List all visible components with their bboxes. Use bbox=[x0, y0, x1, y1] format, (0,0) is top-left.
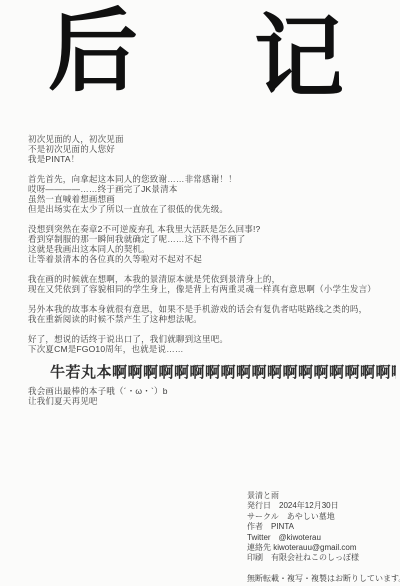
text-line: 不是初次见面的人您好 bbox=[28, 144, 396, 154]
colophon-contact: 連絡先 kiwoterauu@gmail.com bbox=[247, 543, 397, 553]
text-line: 虽然一直喊着想画想画 bbox=[28, 194, 396, 204]
afterword-paragraph-outro: 好了，想说的话终于说出口了，我们就聊到这里吧。 下次夏CM是FGO10周年，也就… bbox=[28, 334, 396, 354]
text-line: 这就是我画出这本同人的契机。 bbox=[28, 244, 396, 254]
text-line: 我在重新阅读的时候不禁产生了这种想法呢。 bbox=[28, 314, 396, 324]
text-line: 但是出场实在太少了所以一直放在了很低的优先级。 bbox=[28, 204, 396, 214]
colophon-circle: サークル あやしい墓地 bbox=[247, 512, 397, 522]
text-line: 让等着景清本的各位真的久等啦对不起对不起 bbox=[28, 254, 396, 264]
page-title-char-hou: 后 bbox=[48, 6, 138, 96]
afterword-paragraph-motivation: 没想到突然在奏章2不可逆废弃孔 本我里大活跃是怎么回事!? 看到穿制服的那一瞬间… bbox=[28, 224, 396, 264]
text-line: 没想到突然在奏章2不可逆废弃孔 本我里大活跃是怎么回事!? bbox=[28, 224, 396, 234]
afterword-paragraph-thanks: 首先首先，向拿起这本同人的您致谢……非常感谢！！ 哎呀————……终于画完了JK… bbox=[28, 174, 396, 214]
afterword-page: 后 记 初次见面的人，初次见面 不是初次见面的人您好 我是PINTA！ 首先首先… bbox=[0, 0, 400, 586]
scream-line: 牛若丸本啊啊啊啊啊啊啊啊啊啊啊啊啊啊啊啊啊啊啊啊啊啊啊 bbox=[50, 364, 396, 382]
text-line: 首先首先，向拿起这本同人的您致谢……非常感谢！！ bbox=[28, 174, 396, 184]
colophon-printer: 印刷 有限会社ねこのしっぽ様 bbox=[247, 553, 397, 563]
text-line: 我会画出最棒的本子哦（´・ω・`）b bbox=[28, 386, 396, 396]
text-line: 我是PINTA！ bbox=[28, 154, 396, 164]
text-line: 现在又凭依到了容貌相同的学生身上，像是背上有两重灵魂一样真有意思啊（小学生发言） bbox=[28, 284, 396, 294]
text-line: 看到穿制服的那一瞬间我就确定了呢……这下不得不画了 bbox=[28, 234, 396, 244]
afterword-body: 初次见面的人，初次见面 不是初次见面的人您好 我是PINTA！ 首先首先，向拿起… bbox=[28, 134, 396, 416]
afterword-paragraph-greeting: 初次见面的人，初次见面 不是初次见面的人您好 我是PINTA！ bbox=[28, 134, 396, 164]
colophon: 景清と雨 発行日 2024年12月30日 サークル あやしい墓地 作者 PINT… bbox=[247, 491, 397, 584]
afterword-paragraph-story: 另外本我的故事本身就很有意思，如果不是手机游戏的话会有复仇者咕哒路线之类的吗， … bbox=[28, 304, 396, 324]
afterword-paragraph-closing: 我会画出最棒的本子哦（´・ω・`）b 让我们夏天再见吧 bbox=[28, 386, 396, 406]
text-line: 下次夏CM是FGO10周年，也就是说…… bbox=[28, 344, 396, 354]
text-line: 好了，想说的话终于说出口了，我们就聊到这里吧。 bbox=[28, 334, 396, 344]
text-line: 让我们夏天再见吧 bbox=[28, 396, 396, 406]
text-line: 我在画的时候就在想啊，本我的景清原本就是凭依到景清身上的， bbox=[28, 274, 396, 284]
colophon-publish-date: 発行日 2024年12月30日 bbox=[247, 501, 397, 511]
text-line: 另外本我的故事本身就很有意思，如果不是手机游戏的话会有复仇者咕哒路线之类的吗， bbox=[28, 304, 396, 314]
afterword-paragraph-thoughts: 我在画的时候就在想啊，本我的景清原本就是凭依到景清身上的， 现在又凭依到了容貌相… bbox=[28, 274, 396, 294]
colophon-author: 作者 PINTA bbox=[247, 522, 397, 532]
text-line: 初次见面的人，初次见面 bbox=[28, 134, 396, 144]
colophon-twitter: Twitter @kiwoterau bbox=[247, 533, 397, 543]
text-line: 哎呀————……终于画完了JK景清本 bbox=[28, 184, 396, 194]
colophon-book-title: 景清と雨 bbox=[247, 491, 397, 501]
page-title-char-ji: 记 bbox=[254, 12, 344, 102]
copyright-notice: 無断転載・複写・複製はお断りしています。 bbox=[247, 574, 397, 584]
